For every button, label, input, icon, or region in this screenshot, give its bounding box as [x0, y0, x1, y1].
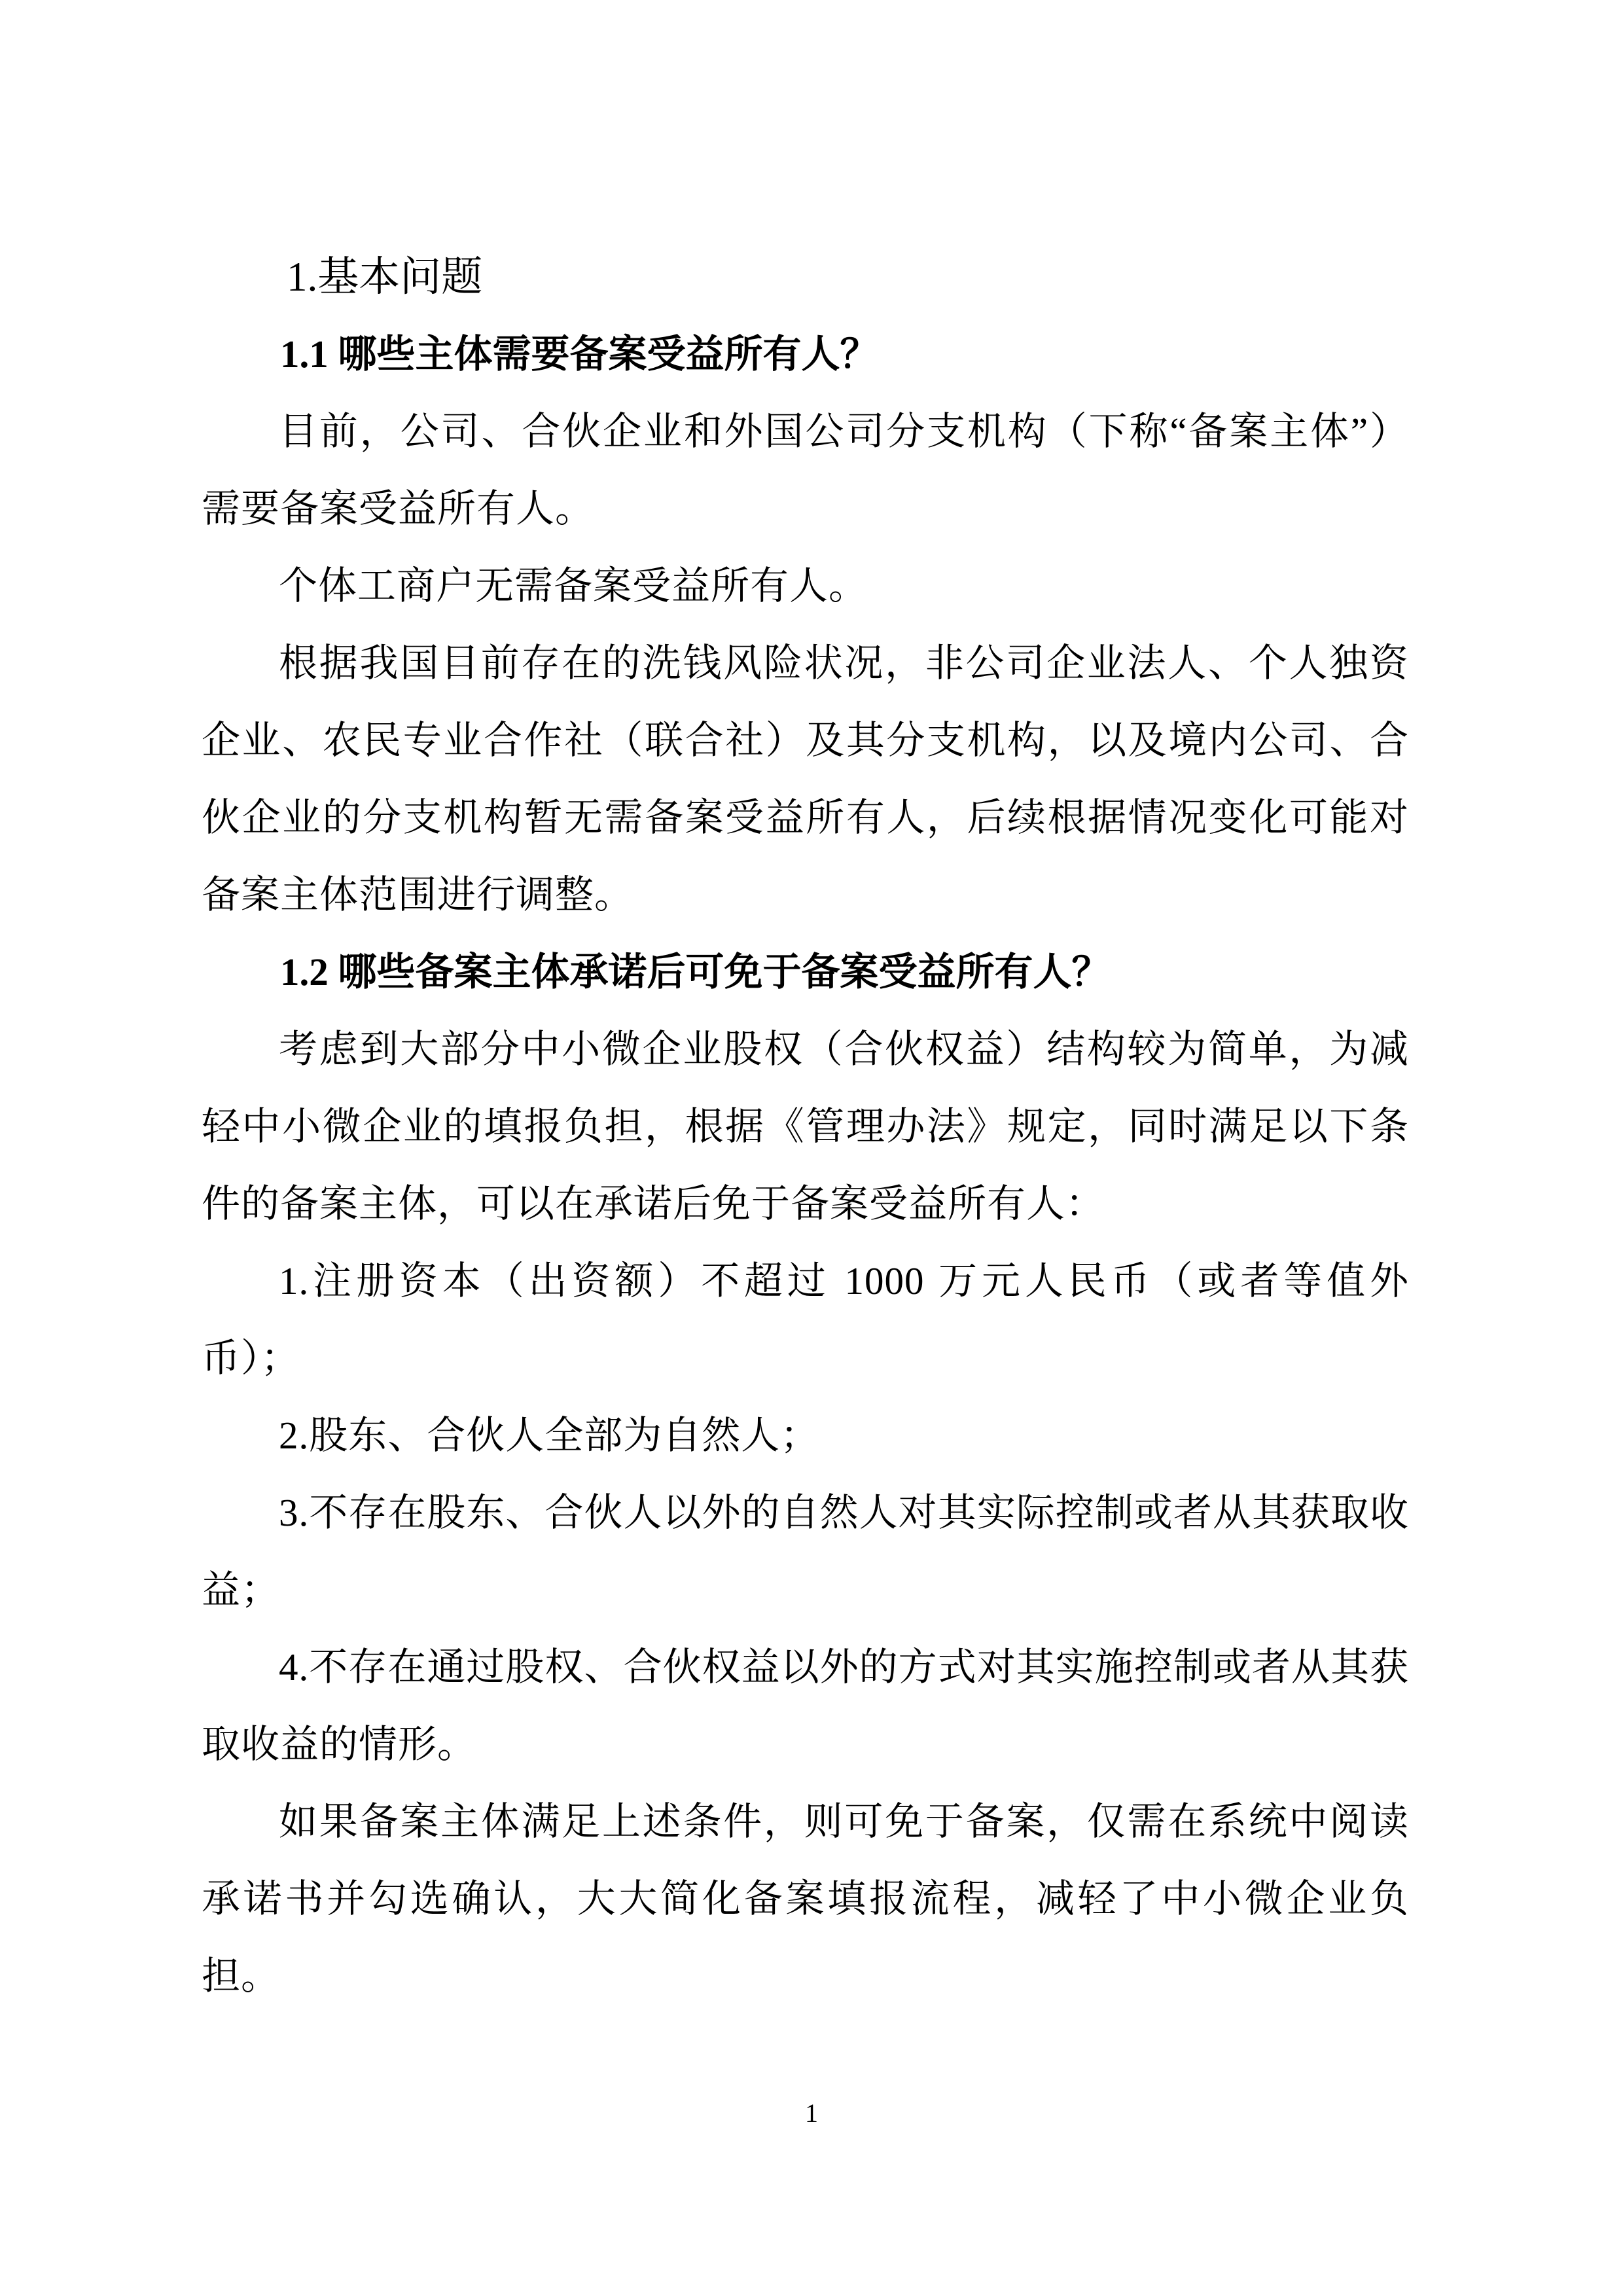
paragraph-commitment-conclusion: 如果备案主体满足上述条件，则可免于备案，仅需在系统中阅读承诺书并勾选确认，大大简… — [202, 1783, 1409, 2015]
condition-item-4: 4.不存在通过股权、合伙权益以外的方式对其实施控制或者从其获取收益的情形。 — [202, 1628, 1409, 1783]
page-number: 1 — [805, 2098, 818, 2128]
document-page: 1.基本问题 1.1 哪些主体需要备案受益所有人？ 目前，公司、合伙企业和外国公… — [0, 0, 1623, 2296]
chapter-title: 1.基本问题 — [202, 238, 1409, 315]
paragraph-scope-subjects: 目前，公司、合伙企业和外国公司分支机构（下称“备案主体”）需要备案受益所有人。 — [202, 393, 1409, 547]
question-heading-1-1: 1.1 哪些主体需要备案受益所有人？ — [202, 315, 1409, 393]
page-footer: 1 — [0, 2098, 1623, 2129]
paragraph-commitment-intro: 考虑到大部分中小微企业股权（合伙权益）结构较为简单，为减轻中小微企业的填报负担，… — [202, 1011, 1409, 1242]
document-content: 1.基本问题 1.1 哪些主体需要备案受益所有人？ 目前，公司、合伙企业和外国公… — [202, 238, 1409, 2015]
question-heading-1-2: 1.2 哪些备案主体承诺后可免于备案受益所有人？ — [202, 933, 1409, 1011]
condition-item-3: 3.不存在股东、合伙人以外的自然人对其实际控制或者从其获取收益； — [202, 1474, 1409, 1628]
condition-item-1: 1.注册资本（出资额）不超过 1000 万元人民币（或者等值外币）； — [202, 1242, 1409, 1397]
paragraph-exempt-entities: 根据我国目前存在的洗钱风险状况，非公司企业法人、个人独资企业、农民专业合作社（联… — [202, 624, 1409, 933]
paragraph-individual-business: 个体工商户无需备案受益所有人。 — [202, 547, 1409, 624]
condition-item-2: 2.股东、合伙人全部为自然人； — [202, 1397, 1409, 1474]
